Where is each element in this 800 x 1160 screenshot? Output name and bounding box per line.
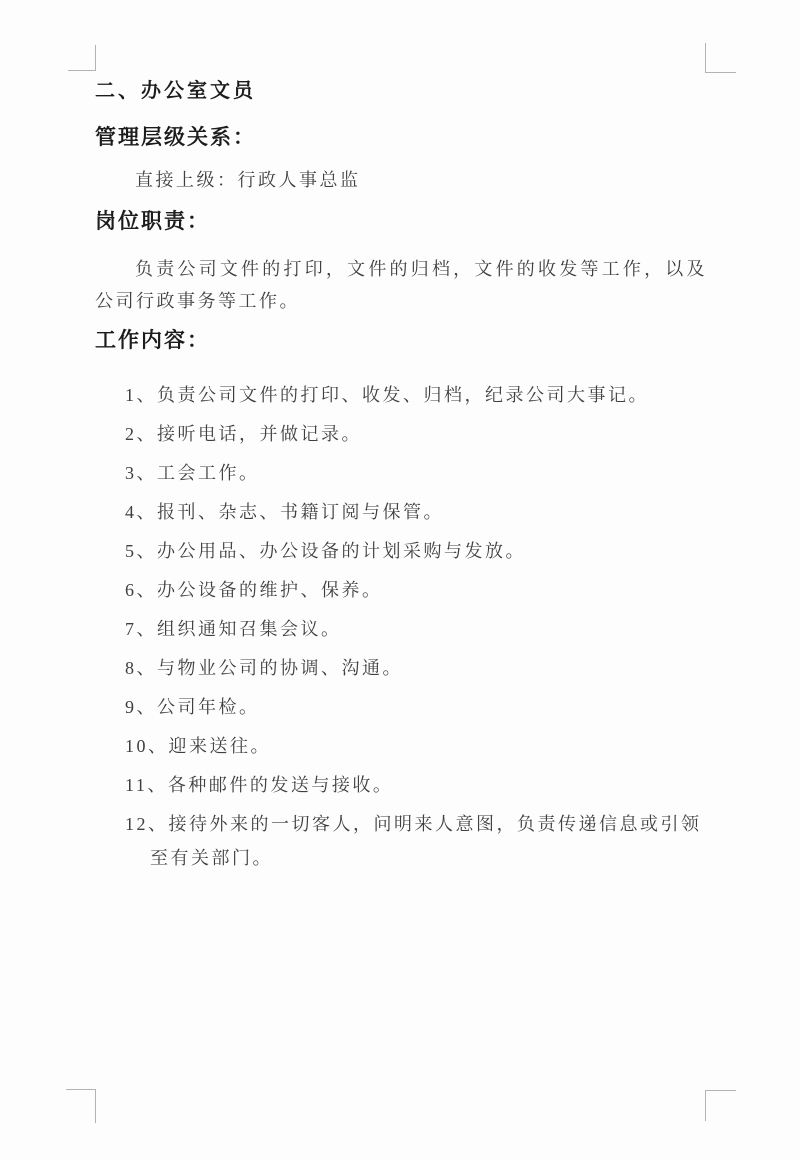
work-item-5: 5、办公用品、办公设备的计划采购与发放。 (125, 534, 707, 568)
work-item-9: 9、公司年检。 (125, 690, 707, 724)
section-heading-job-duties: 岗位职责： (95, 208, 707, 236)
section-heading-management-hierarchy: 管理层级关系： (95, 124, 707, 152)
crop-mark-bottom-left (66, 1089, 96, 1123)
work-item-12: 12、接待外来的一切客人，问明来人意图，负责传递信息或引领至有关部门。 (125, 807, 707, 875)
document-title: 二、办公室文员 (95, 78, 707, 104)
work-item-10: 10、迎来送往。 (125, 729, 707, 763)
direct-supervisor-line: 直接上级：行政人事总监 (95, 167, 707, 194)
work-item-1: 1、负责公司文件的打印、收发、归档，纪录公司大事记。 (125, 378, 707, 412)
work-item-6: 6、办公设备的维护、保养。 (125, 573, 707, 607)
work-item-3: 3、工会工作。 (125, 456, 707, 490)
document-content: 二、办公室文员 管理层级关系： 直接上级：行政人事总监 岗位职责： 负责公司文件… (95, 78, 707, 880)
work-item-4: 4、报刊、杂志、书籍订阅与保管。 (125, 495, 707, 529)
crop-mark-top-left (68, 45, 96, 71)
work-item-list: 1、负责公司文件的打印、收发、归档，纪录公司大事记。 2、接听电话，并做记录。 … (95, 378, 707, 875)
document-page: 二、办公室文员 管理层级关系： 直接上级：行政人事总监 岗位职责： 负责公司文件… (0, 0, 800, 1160)
work-item-11: 11、各种邮件的发送与接收。 (125, 768, 707, 802)
crop-mark-top-right (705, 43, 736, 73)
work-item-8: 8、与物业公司的协调、沟通。 (125, 651, 707, 685)
crop-mark-bottom-right (705, 1090, 736, 1121)
work-item-7: 7、组织通知召集会议。 (125, 612, 707, 646)
section-heading-work-content: 工作内容： (95, 327, 707, 355)
work-item-2: 2、接听电话，并做记录。 (125, 417, 707, 451)
job-duties-paragraph: 负责公司文件的打印，文件的归档，文件的收发等工作，以及公司行政事务等工作。 (95, 253, 707, 317)
